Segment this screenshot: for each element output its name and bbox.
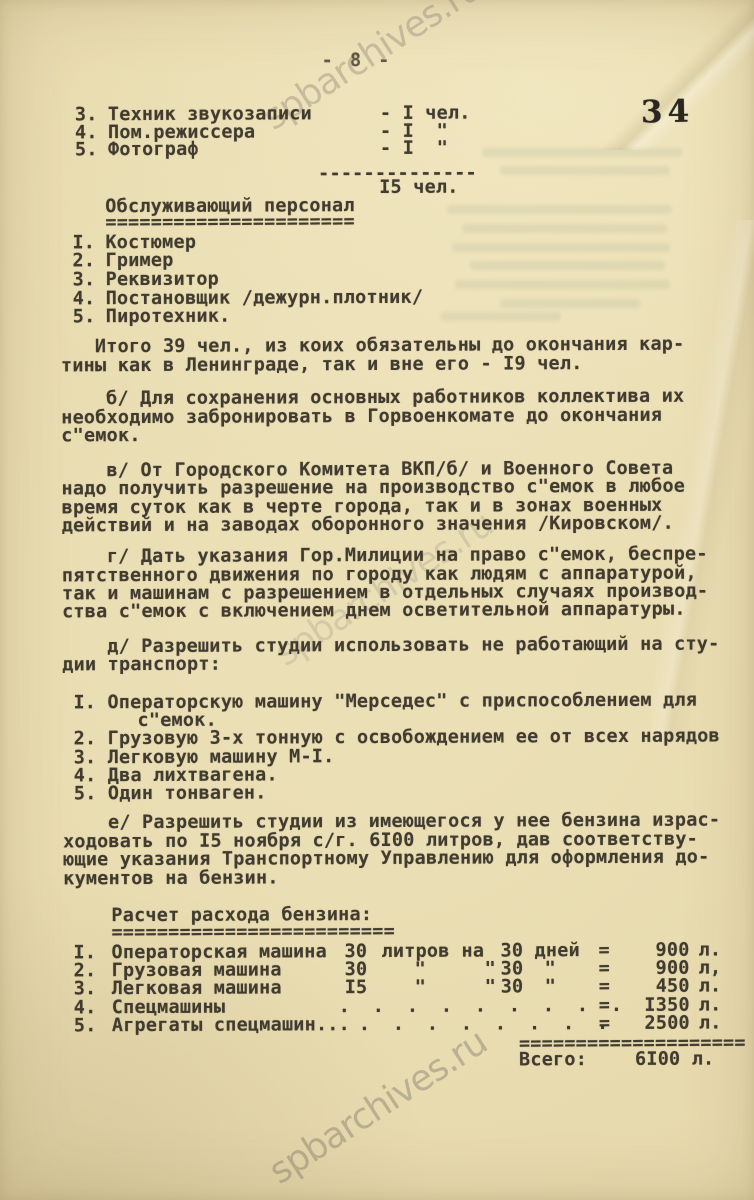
transport-item-num: 5. bbox=[74, 784, 97, 804]
staff-row-value: - I " bbox=[380, 139, 448, 159]
transport-item-label: Грузовую 3-х тонную с освобождением ее о… bbox=[108, 727, 720, 750]
staff-total: I5 чел. bbox=[379, 178, 458, 198]
fuel-row-num: 5. bbox=[74, 1016, 97, 1036]
staff-row-num: 5. bbox=[75, 140, 98, 160]
fuel-row-label: Агрегаты спецмашин... bbox=[112, 1015, 350, 1036]
paragraph-d-line: дии транспорт: bbox=[62, 655, 221, 676]
fuel-row-mid: на bbox=[461, 942, 484, 962]
fuel-row-liters: л. bbox=[699, 1014, 722, 1034]
fuel-heading-underline: ========================= bbox=[111, 922, 395, 943]
fuel-row-unit2: дней bbox=[534, 941, 579, 961]
service-item-label: Пиротехник. bbox=[106, 307, 231, 328]
paragraph-g-line: ства с"емок с включением днем осветитель… bbox=[62, 600, 686, 623]
document-page: spbarchives.ru spbarchives.ru spbarchive… bbox=[0, 0, 754, 1200]
paragraph-e-line: кументов на бензин. bbox=[63, 868, 279, 889]
staff-row-label: Фотограф bbox=[108, 140, 199, 160]
summary-line: тины как в Ленинграде, так и вне его - I… bbox=[61, 354, 583, 376]
fuel-total-label: Всего: bbox=[519, 1050, 587, 1070]
transport-item-label: Один тонваген. bbox=[108, 783, 267, 804]
service-staff-underline: ====================== bbox=[105, 212, 355, 233]
page-number: - 8 - bbox=[322, 51, 393, 71]
transport-item-num: I. bbox=[73, 693, 96, 713]
fuel-row-dots: . . . . . . . . bbox=[359, 1014, 609, 1035]
paragraph-e-line: ющие указания Транспортному Управлению д… bbox=[63, 848, 709, 871]
paragraph-b-line: с"емок. bbox=[61, 426, 140, 446]
service-item-num: 5. bbox=[73, 307, 96, 327]
fuel-total-value: 6I00 л. bbox=[635, 1050, 714, 1070]
paragraph-b-line: необходимо забронировать в Горвоенкомате… bbox=[61, 406, 662, 429]
fuel-row-value: 2500 bbox=[608, 1014, 690, 1034]
paragraph-v-line: действий и на заводах оборонного значени… bbox=[62, 514, 674, 537]
typewritten-text-layer: - 8 - 3. Техник звукозаписи - I чел. 4. … bbox=[0, 0, 754, 1200]
